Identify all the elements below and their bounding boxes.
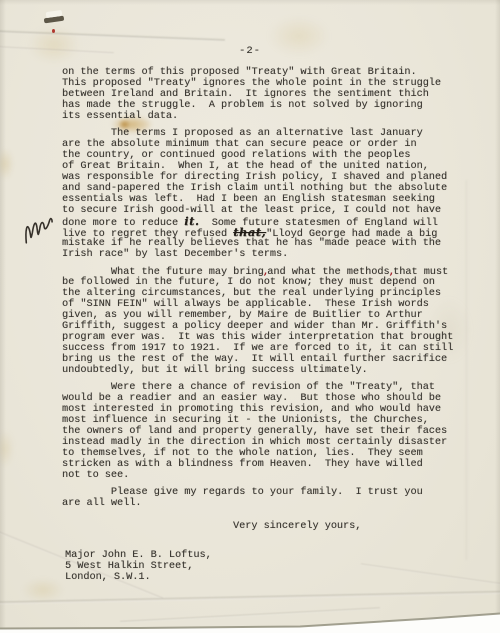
letter-line: undoubtedly, but it will bring success u…: [62, 365, 472, 376]
letter-line: the owners of land and property generall…: [62, 426, 472, 437]
letter-line: Were there a chance of revision of the "…: [62, 382, 472, 393]
letter-line: be followed in the future, I do not know…: [62, 277, 472, 288]
letter-line: This proposed "Treaty" ignores the whole…: [62, 78, 472, 89]
letter-body: on the terms of this proposed "Treaty" w…: [62, 67, 472, 515]
paragraph: What the future may bring,and what the m…: [62, 266, 472, 376]
letter-line: and sand-papered the Irish claim until n…: [62, 183, 472, 194]
typed-segment: the altering circumstances, but the real…: [62, 288, 441, 299]
paragraph: on the terms of this proposed "Treaty" w…: [62, 67, 472, 122]
typed-segment: bring us the rest of the way. It will en…: [62, 354, 447, 365]
typed-segment: and sand-papered the Irish claim until n…: [62, 183, 447, 194]
typed-segment: Irish race" by last December's terms.: [62, 249, 288, 260]
letter-line: to themselves, if not to the whole natio…: [62, 448, 472, 459]
letter-line: most interested in promoting this revisi…: [62, 404, 472, 415]
paragraph: Please give my regards to your family. I…: [62, 487, 472, 509]
signature-city: London, S.W.1.: [65, 572, 472, 583]
signature-name: Major John E. B. Loftus,: [65, 550, 472, 561]
typed-segment: the owners of land and property generall…: [62, 426, 447, 437]
letter-line: instead madly in the direction in which …: [62, 437, 472, 448]
letter-line: to secure Irish good-will at the least p…: [62, 205, 472, 216]
letter-line: stricken as with a blindness from Heaven…: [62, 459, 472, 470]
stain-left-edge-upper: [0, 148, 14, 180]
letter-scan: -2- on the terms of this proposed "Treat…: [0, 0, 500, 633]
typed-segment: most influence in securing it - the Unio…: [62, 415, 429, 426]
typed-segment: its essential data.: [62, 111, 178, 122]
typed-segment: between Ireland and Britain. It ignores …: [62, 89, 429, 100]
letter-line: of Great Britain. When I, at the head of…: [62, 161, 472, 172]
letter-line: program ever was. It was this wider inte…: [62, 332, 472, 343]
typed-segment: instead madly in the direction in which …: [62, 437, 447, 448]
typed-segment: to secure Irish good-will at the least p…: [62, 205, 441, 216]
typed-segment: was responsible for directing Irish poli…: [62, 172, 447, 183]
letter-line: has made the struggle. A problem is not …: [62, 100, 472, 111]
letter-line: Please give my regards to your family. I…: [62, 487, 472, 498]
letter-line: The terms I proposed as an alternative l…: [62, 128, 472, 139]
letter-line: the altering circumstances, but the real…: [62, 288, 472, 299]
typed-segment: of "SINN FEIN" will always be applicable…: [62, 299, 429, 310]
letter-line: What the future may bring,and what the m…: [62, 266, 472, 277]
handwritten-segment: it.: [184, 214, 199, 228]
typed-segment: are the absolute minimum that can secure…: [62, 139, 417, 150]
typed-segment: success from 1917 to 1921. If we are for…: [62, 343, 453, 354]
typed-segment: of Great Britain. When I, at the head of…: [62, 161, 429, 172]
typed-segment: are all well.: [62, 498, 141, 509]
letter-line: mistake if he really believes that he ha…: [62, 238, 472, 249]
letter-line: not to see.: [62, 470, 472, 481]
signature-block: Major John E. B. Loftus, 5 West Halkin S…: [65, 550, 472, 583]
letter-line: of "SINN FEIN" will always be applicable…: [62, 299, 472, 310]
letter-line: success from 1917 to 1921. If we are for…: [62, 343, 472, 354]
typed-segment: program ever was. It was this wider inte…: [62, 332, 453, 343]
typed-segment: Griffith, suggest a policy deeper and wi…: [62, 321, 447, 332]
letter-line: the country, or continued good relations…: [62, 150, 472, 161]
stain-bottom-left: [22, 578, 64, 602]
stain-left-edge-lower: [0, 430, 14, 468]
letter-line: are all well.: [62, 498, 472, 509]
typed-segment: on the terms of this proposed "Treaty" w…: [62, 67, 417, 78]
letter-line: its essential data.: [62, 111, 472, 122]
typed-segment: essentials was left. Had I been an Engli…: [62, 194, 435, 205]
letter-line: bring us the rest of the way. It will en…: [62, 354, 472, 365]
typed-segment: This proposed "Treaty" ignores the whole…: [62, 78, 441, 89]
letter-line: given, as you will remember, by Maire de…: [62, 310, 472, 321]
tear-highlight: [46, 10, 63, 18]
letter-line: on the terms of this proposed "Treaty" w…: [62, 67, 472, 78]
closing-block: Very sincerely yours, Major John E. B. L…: [62, 515, 472, 583]
handwritten-margin-scribble: [15, 210, 65, 250]
typed-segment: would be a readier and an easier way. Bu…: [62, 393, 441, 404]
page-number: -2-: [0, 45, 500, 57]
tear-mark: [44, 16, 65, 24]
typed-segment: stricken as with a blindness from Heaven…: [62, 459, 423, 470]
paragraph: Were there a chance of revision of the "…: [62, 382, 472, 481]
typed-segment: not to see.: [62, 470, 129, 481]
typed-segment: mistake if he really believes that he ha…: [62, 238, 441, 249]
paper-sheet: -2- on the terms of this proposed "Treat…: [0, 0, 500, 633]
typed-segment: most interested in promoting this revisi…: [62, 404, 441, 415]
crease-bottom-main: [0, 590, 500, 604]
typed-segment: The terms I proposed as an alternative l…: [62, 128, 423, 139]
typed-segment: the country, or continued good relations…: [62, 150, 410, 161]
typed-segment: undoubtedly, but it will bring success u…: [62, 365, 368, 376]
closing-line: Very sincerely yours,: [233, 521, 472, 532]
typed-segment: given, as you will remember, by Maire de…: [62, 310, 423, 321]
handwritten-segment: that,: [233, 225, 266, 239]
letter-line: essentials was left. Had I been an Engli…: [62, 194, 472, 205]
paragraph: The terms I proposed as an alternative l…: [62, 128, 472, 260]
letter-line: most influence in securing it - the Unio…: [62, 415, 472, 426]
letter-line: are the absolute minimum that can secure…: [62, 139, 472, 150]
typed-segment: Were there a chance of revision of the "…: [62, 382, 435, 393]
typed-segment: be followed in the future, I do not know…: [62, 277, 435, 288]
typed-segment: has made the struggle. A problem is not …: [62, 100, 423, 111]
typed-segment: to themselves, if not to the whole natio…: [62, 448, 423, 459]
typed-segment: Please give my regards to your family. I…: [62, 487, 423, 498]
letter-line: done more to reduce it. Some future stat…: [62, 216, 472, 227]
letter-line: would be a readier and an easier way. Bu…: [62, 393, 472, 404]
letter-line: Irish race" by last December's terms.: [62, 249, 472, 260]
letter-line: was responsible for directing Irish poli…: [62, 172, 472, 183]
crease-bottom-second: [120, 607, 380, 623]
letter-line: Griffith, suggest a policy deeper and wi…: [62, 321, 472, 332]
signature-street: 5 West Halkin Street,: [65, 561, 472, 572]
letter-line: between Ireland and Britain. It ignores …: [62, 89, 472, 100]
letter-line: live to regret they refused that,"Lloyd …: [62, 227, 472, 238]
